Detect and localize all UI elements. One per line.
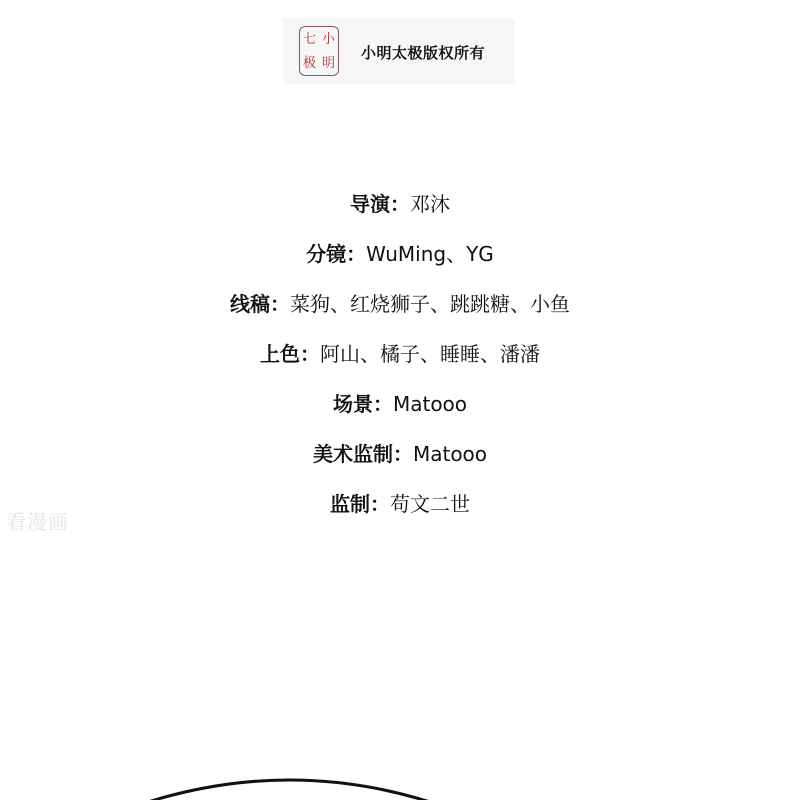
curved-line-decoration [0,0,800,800]
